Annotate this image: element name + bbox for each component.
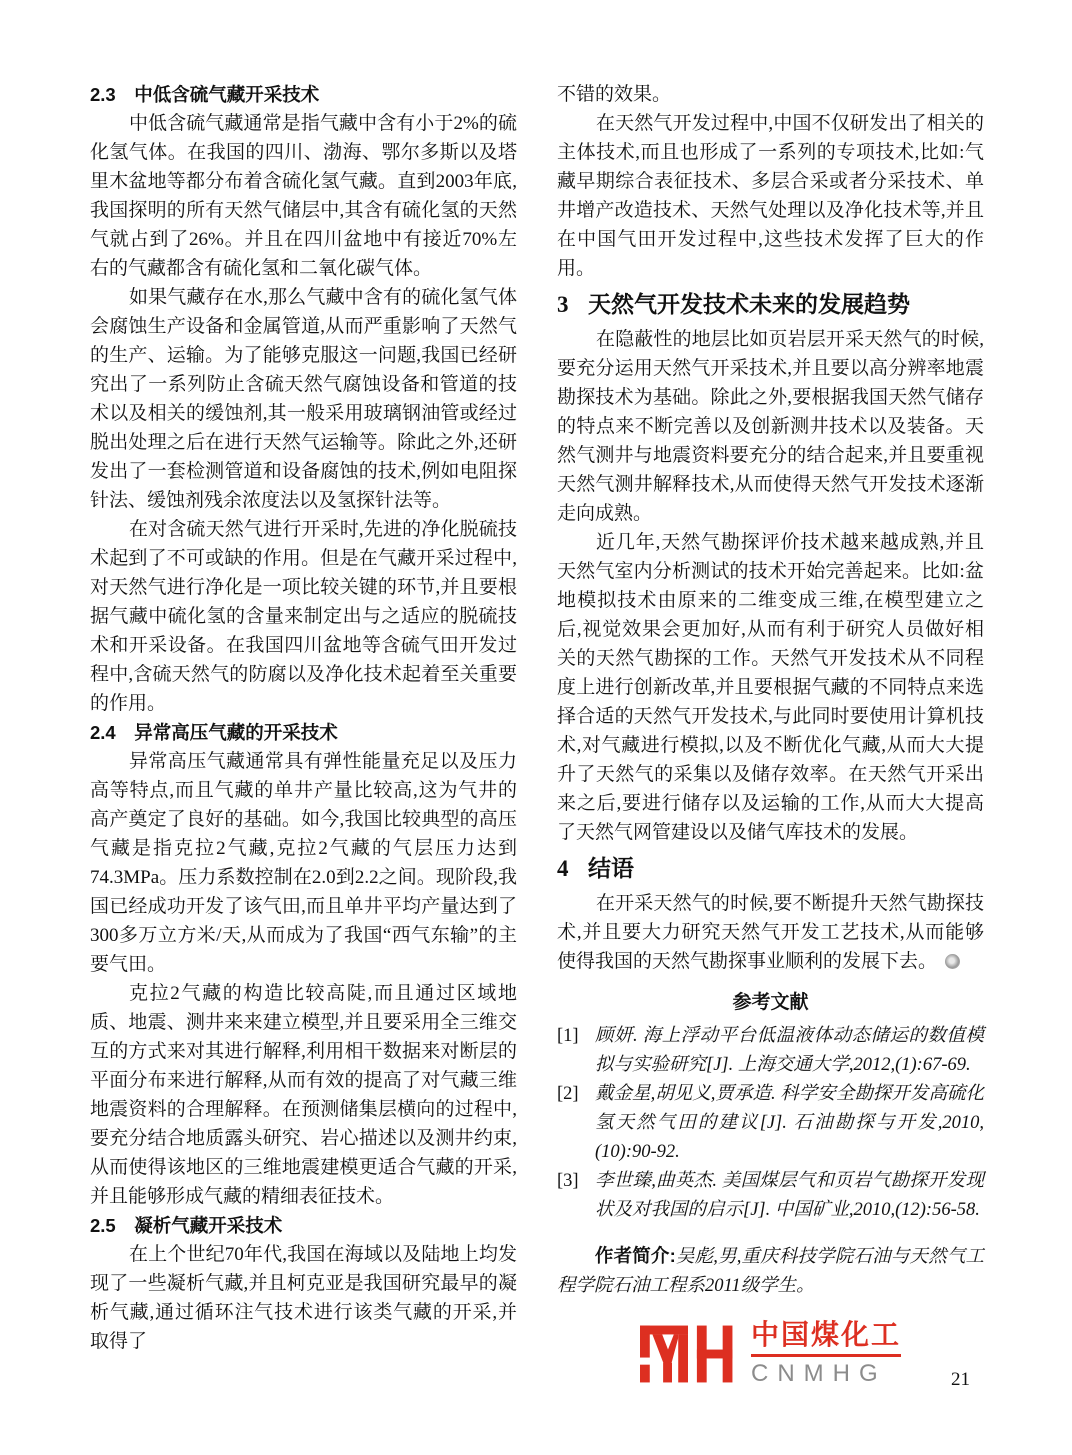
paragraph: 在对含硫天然气进行开采时,先进的净化脱硫技术起到了不可或缺的作用。但是在气藏开采… <box>90 515 517 718</box>
right-column: 不错的效果。 在天然气开发过程中,中国不仅研发出了相关的主体技术,而且也形成了一… <box>557 80 984 1389</box>
paragraph: 异常高压气藏通常具有弹性能量充足以及压力高等特点,而且气藏的单井产量比较高,这为… <box>90 747 517 979</box>
reference-item: [1]顾妍. 海上浮动平台低温液体动态储运的数值模拟与实验研究[J]. 上海交通… <box>557 1022 984 1080</box>
heading-4: 4结语 <box>557 854 984 884</box>
paragraph: 中低含硫气藏通常是指气藏中含有小于2%的硫化氢气体。在我国的四川、渤海、鄂尔多斯… <box>90 109 517 283</box>
reference-text: 李世臻,曲英杰. 美国煤层气和页岩气勘探开发现状及对我国的启示[J]. 中国矿业… <box>595 1171 984 1220</box>
logo-latin-name: CNMHG <box>751 1360 901 1389</box>
heading-number: 2.4 <box>90 722 116 743</box>
reference-text: 顾妍. 海上浮动平台低温液体动态储运的数值模拟与实验研究[J]. 上海交通大学,… <box>595 1026 984 1075</box>
heading-title: 异常高压气藏的开采技术 <box>134 722 338 743</box>
paragraph: 在上个世纪70年代,我国在海域以及陆地上均发现了一些凝析气藏,并且柯克亚是我国研… <box>90 1240 517 1356</box>
heading-title: 结语 <box>588 856 634 881</box>
reference-number: [3] <box>557 1167 579 1196</box>
heading-3: 3天然气开发技术未来的发展趋势 <box>557 290 984 320</box>
heading-title: 中低含硫气藏开采技术 <box>134 84 319 105</box>
paragraph-continuation: 不错的效果。 <box>557 80 984 109</box>
reference-number: [2] <box>557 1080 579 1109</box>
paragraph: 近几年,天然气勘探评价技术越来越成熟,并且天然气室内分析测试的技术开始完善起来。… <box>557 528 984 847</box>
author-bio-label: 作者简介: <box>595 1245 676 1266</box>
publisher-logo: 中国煤化工 CNMHG <box>557 1320 984 1390</box>
logo-chinese-name: 中国煤化工 <box>751 1320 901 1358</box>
left-column: 2.3中低含硫气藏开采技术 中低含硫气藏通常是指气藏中含有小于2%的硫化氢气体。… <box>90 80 517 1389</box>
conclusion-text: 在开采天然气的时候,要不断提升天然气勘探技术,并且要大力研究天然气开发工艺技术,… <box>557 893 984 972</box>
reference-item: [3]李世臻,曲英杰. 美国煤层气和页岩气勘探开发现状及对我国的启示[J]. 中… <box>557 1167 984 1225</box>
reference-text: 戴金星,胡见义,贾承造. 科学安全勘探开发高硫化氢天然气田的建议[J]. 石油勘… <box>595 1084 984 1162</box>
cnmhg-logo-icon <box>640 1321 736 1387</box>
end-of-article-icon <box>945 954 960 969</box>
heading-title: 凝析气藏开采技术 <box>134 1215 282 1236</box>
heading-2-3: 2.3中低含硫气藏开采技术 <box>90 80 517 109</box>
page-number: 21 <box>951 1368 970 1392</box>
heading-2-4: 2.4异常高压气藏的开采技术 <box>90 718 517 747</box>
heading-number: 2.3 <box>90 84 116 105</box>
heading-number: 2.5 <box>90 1215 116 1236</box>
logo-wordmark: 中国煤化工 CNMHG <box>751 1320 901 1390</box>
heading-number: 4 <box>557 856 569 881</box>
paragraph: 克拉2气藏的构造比较高陡,而且通过区域地质、地震、测井来来建立模型,并且要采用全… <box>90 979 517 1211</box>
paragraph: 在天然气开发过程中,中国不仅研发出了相关的主体技术,而且也形成了一系列的专项技术… <box>557 109 984 283</box>
paragraph-conclusion: 在开采天然气的时候,要不断提升天然气勘探技术,并且要大力研究天然气开发工艺技术,… <box>557 889 984 976</box>
reference-number: [1] <box>557 1022 579 1051</box>
heading-title: 天然气开发技术未来的发展趋势 <box>588 292 910 317</box>
heading-2-5: 2.5凝析气藏开采技术 <box>90 1211 517 1240</box>
paragraph: 在隐蔽性的地层比如页岩层开采天然气的时候,要充分运用天然气开采技术,并且要以高分… <box>557 325 984 528</box>
references-title: 参考文献 <box>557 988 984 1017</box>
reference-item: [2]戴金星,胡见义,贾承造. 科学安全勘探开发高硫化氢天然气田的建议[J]. … <box>557 1080 984 1167</box>
paragraph: 如果气藏存在水,那么气藏中含有的硫化氢气体会腐蚀生产设备和金属管道,从而严重影响… <box>90 283 517 515</box>
heading-number: 3 <box>557 292 569 317</box>
page-body: 2.3中低含硫气藏开采技术 中低含硫气藏通常是指气藏中含有小于2%的硫化氢气体。… <box>90 80 984 1389</box>
author-bio: 作者简介:吴彪,男,重庆科技学院石油与天然气工程学院石油工程系2011级学生。 <box>557 1241 984 1301</box>
